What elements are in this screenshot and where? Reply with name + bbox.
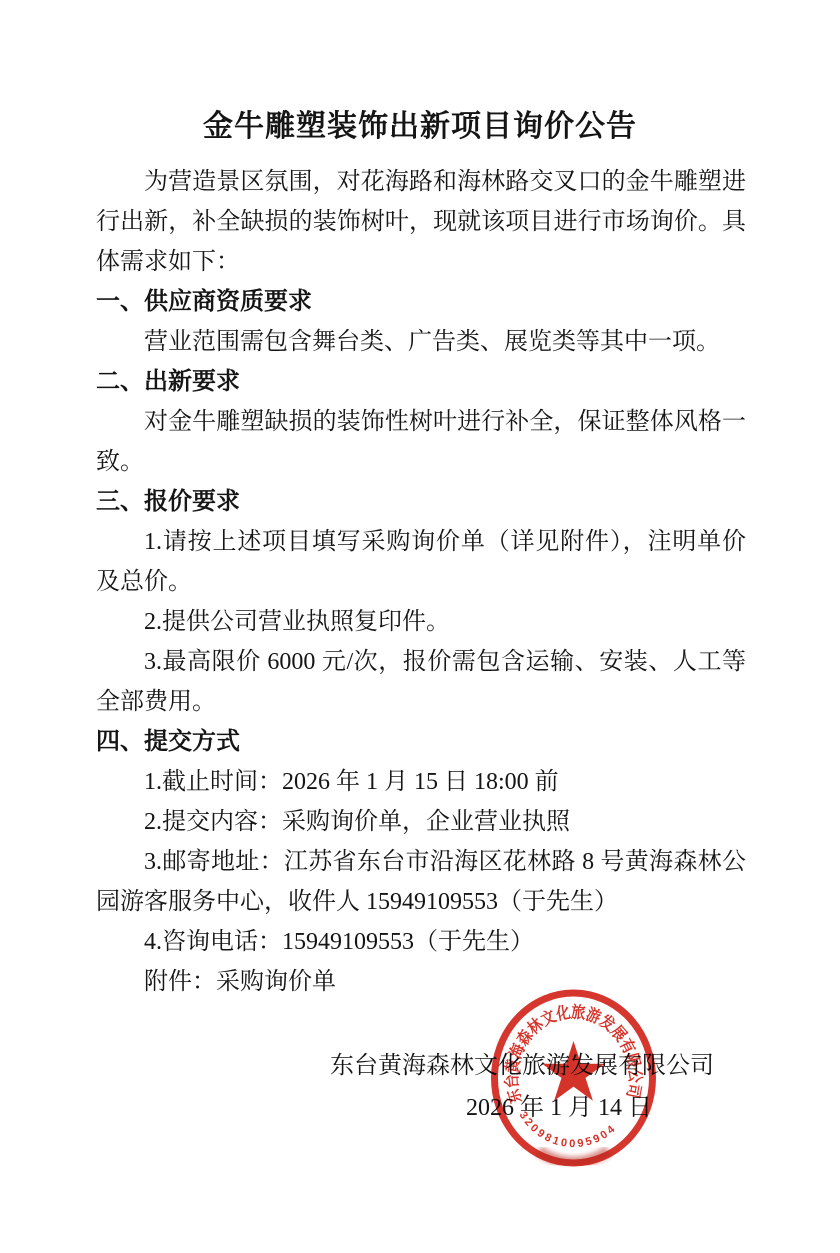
body-paragraph: 4.咨询电话：15949109553（于先生） (96, 922, 746, 962)
body-paragraph: 3.邮寄地址：江苏省东台市沿海区花林路 8 号黄海森林公园游客服务中心，收件人 … (96, 842, 746, 922)
signature-company: 东台黄海森林文化旅游发展有限公司 (96, 1045, 746, 1087)
section-heading: 一、供应商资质要求 (96, 282, 746, 322)
body-paragraph: 2.提交内容：采购询价单，企业营业执照 (96, 802, 746, 842)
body-paragraph: 3.最高限价 6000 元/次，报价需包含运输、安装、人工等全部费用。 (96, 642, 746, 722)
document-page: 金牛雕塑装饰出新项目询价公告 为营造景区氛围，对花海路和海林路交叉口的金牛雕塑进… (0, 0, 840, 1253)
body-paragraph: 营业范围需包含舞台类、广告类、展览类等其中一项。 (96, 322, 746, 362)
body-paragraph: 1.截止时间：2026 年 1 月 15 日 18:00 前 (96, 762, 746, 802)
body-paragraph: 为营造景区氛围，对花海路和海林路交叉口的金牛雕塑进行出新，补全缺损的装饰树叶，现… (96, 162, 746, 282)
section-heading: 三、报价要求 (96, 482, 746, 522)
section-heading: 二、出新要求 (96, 362, 746, 402)
document-body: 为营造景区氛围，对花海路和海林路交叉口的金牛雕塑进行出新，补全缺损的装饰树叶，现… (96, 162, 746, 1002)
document-title: 金牛雕塑装饰出新项目询价公告 (0, 104, 840, 150)
body-paragraph: 2.提供公司营业执照复印件。 (96, 602, 746, 642)
signature-block: 东台黄海森林文化旅游发展有限公司 2026 年 1 月 14 日 (96, 1045, 746, 1129)
body-paragraph: 1.请按上述项目填写采购询价单（详见附件），注明单价及总价。 (96, 522, 746, 602)
seal-bottom-smudge (539, 1151, 609, 1162)
body-paragraph: 对金牛雕塑缺损的装饰性树叶进行补全，保证整体风格一致。 (96, 402, 746, 482)
signature-date: 2026 年 1 月 14 日 (96, 1087, 746, 1129)
section-heading: 四、提交方式 (96, 722, 746, 762)
body-paragraph: 附件：采购询价单 (96, 962, 746, 1002)
